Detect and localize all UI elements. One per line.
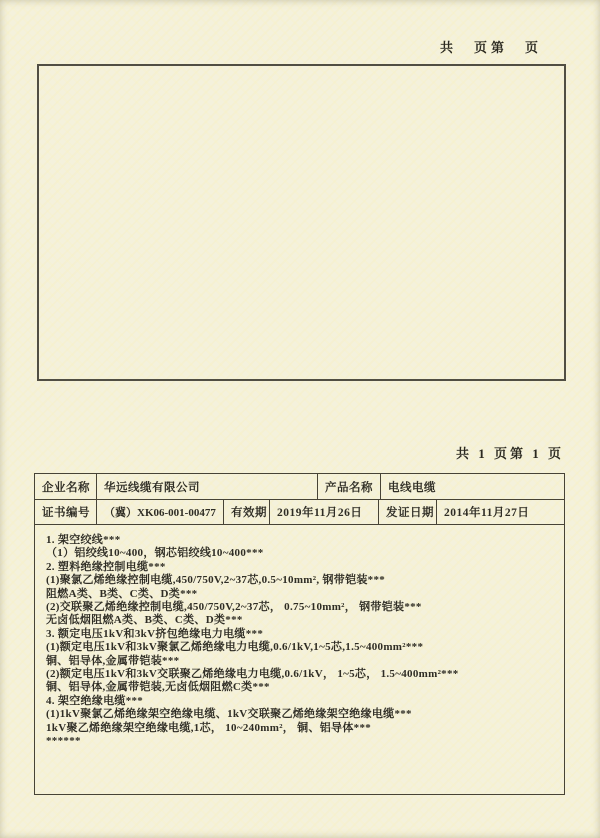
scope-line: (2)交联聚乙烯绝缘控制电缆,450/750V,2~37芯， 0.75~10mm… — [46, 601, 553, 614]
page-counter-section: 共 1 页第 1 页 — [456, 443, 564, 462]
scope-line: ****** — [46, 735, 553, 748]
scope-line: 铜、铝导体,金属带铠装,无卤低烟阻燃C类*** — [46, 681, 553, 694]
certificate-info-block: 企业名称 华远线缆有限公司 产品名称 电线电缆 证书编号 （冀）XK06-001… — [34, 473, 565, 795]
certificate-no-label: 证书编号 — [35, 500, 97, 524]
scope-line: 1. 架空绞线*** — [46, 534, 553, 547]
certificate-no-value: （冀）XK06-001-00477 — [97, 500, 224, 524]
scope-line: 4. 架空绝缘电缆*** — [46, 695, 553, 708]
scope-line: (1)聚氯乙烯绝缘控制电缆,450/750V,2~37芯,0.5~10mm², … — [46, 574, 553, 587]
photo-frame — [37, 64, 566, 381]
issue-date-label: 发证日期 — [379, 500, 437, 524]
table-row-company: 企业名称 华远线缆有限公司 产品名称 电线电缆 — [35, 474, 564, 499]
product-name-label: 产品名称 — [318, 474, 381, 499]
table-row-certificate: 证书编号 （冀）XK06-001-00477 有效期 2019年11月26日 发… — [35, 499, 564, 524]
company-name-value: 华远线缆有限公司 — [97, 474, 318, 499]
company-name-label: 企业名称 — [35, 474, 97, 499]
scope-line: 阻燃A类、B类、C类、D类*** — [46, 588, 553, 601]
scope-line: 3. 额定电压1kV和3kV挤包绝缘电力电缆*** — [46, 628, 553, 641]
scope-line: （1）铝绞线10~400，钢芯铝绞线10~400*** — [46, 547, 553, 560]
issue-date-value: 2014年11月27日 — [437, 500, 564, 524]
scope-line: 无卤低烟阻燃A类、B类、C类、D类*** — [46, 614, 553, 627]
page-counter-top: 共 页第 页 — [440, 37, 542, 56]
scope-line: (1)额定电压1kV和3kV聚氯乙烯绝缘电力电缆,0.6/1kV,1~5芯,1.… — [46, 641, 553, 654]
scope-line: 1kV聚乙烯绝缘架空绝缘电缆,1芯， 10~240mm²， 铜、铝导体*** — [46, 722, 553, 735]
validity-label: 有效期 — [224, 500, 270, 524]
certificate-page: 共 页第 页 共 1 页第 1 页 企业名称 华远线缆有限公司 产品名称 电线电… — [0, 0, 600, 838]
scope-line: 铜、铝导体,金属带铠装*** — [46, 655, 553, 668]
certificate-info-table: 企业名称 华远线缆有限公司 产品名称 电线电缆 证书编号 （冀）XK06-001… — [34, 473, 565, 525]
validity-value: 2019年11月26日 — [270, 500, 379, 524]
scope-line: (2)额定电压1kV和3kV交联聚乙烯绝缘电力电缆,0.6/1kV， 1~5芯，… — [46, 668, 553, 681]
approval-scope: 1. 架空绞线*** （1）铝绞线10~400，钢芯铝绞线10~400*** 2… — [34, 525, 565, 795]
scope-line: 2. 塑料绝缘控制电缆*** — [46, 561, 553, 574]
scope-line: (1)1kV聚氯乙烯绝缘架空绝缘电缆、1kV交联聚乙烯绝缘架空绝缘电缆*** — [46, 708, 553, 721]
product-name-value: 电线电缆 — [381, 474, 564, 499]
